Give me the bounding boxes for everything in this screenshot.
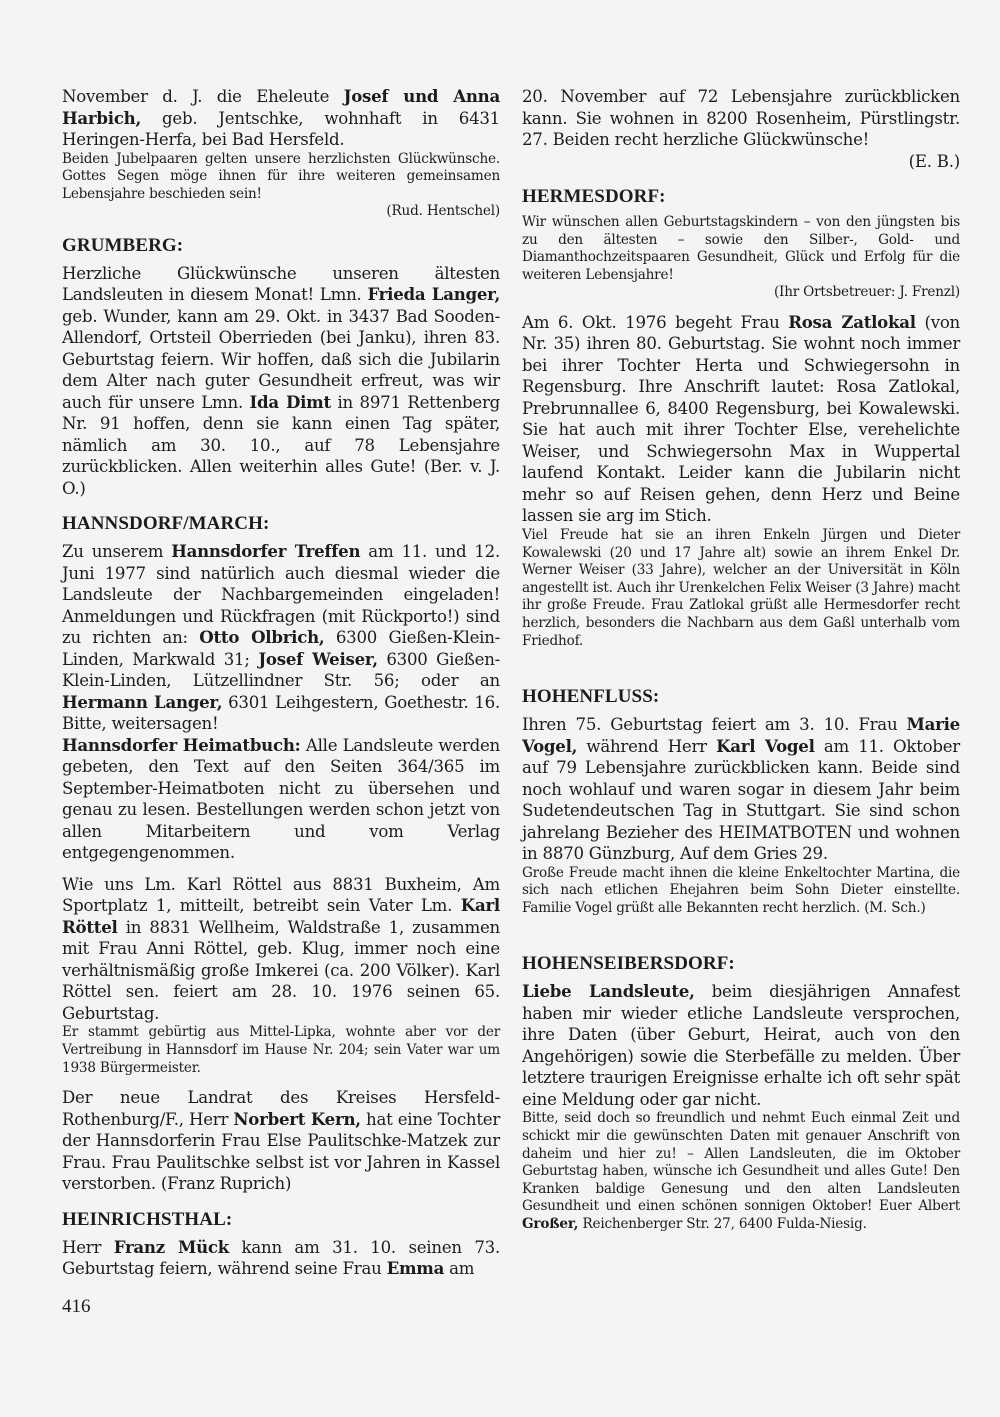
section-heading: HANNSDORF/MARCH:: [62, 513, 500, 535]
paragraph: Am 6. Okt. 1976 begeht Frau Rosa Zatloka…: [522, 312, 960, 527]
bold-name: Emma: [387, 1258, 445, 1278]
left-column: November d. J. die Eheleute Josef und An…: [62, 86, 500, 1280]
paragraph: Ihren 75. Geburtstag feiert am 3. 10. Fr…: [522, 714, 960, 865]
paragraph: Herr Franz Mück kann am 31. 10. seinen 7…: [62, 1237, 500, 1280]
section-heading: HOHENFLUSS:: [522, 686, 960, 708]
author-signature: (E. B.): [522, 151, 960, 173]
small-paragraph: Bitte, seid doch so freundlich und nehmt…: [522, 1110, 960, 1233]
paragraph: Liebe Landsleute, beim diesjährigen Anna…: [522, 981, 960, 1110]
spacer: [62, 864, 500, 874]
paragraph: Zu unserem Hannsdorfer Treffen am 11. un…: [62, 541, 500, 735]
text-run: während Herr: [577, 737, 716, 756]
bold-name: Norbert Kern,: [233, 1109, 360, 1129]
author-signature: (Rud. Hentschel): [62, 203, 500, 221]
small-paragraph: Wir wünschen allen Geburtstagskindern – …: [522, 214, 960, 284]
paragraph: Wie uns Lm. Karl Röttel aus 8831 Buxheim…: [62, 874, 500, 1025]
text-run: Am 6. Okt. 1976 begeht Frau: [522, 313, 788, 332]
section-heading: GRUMBERG:: [62, 235, 500, 257]
bold-name: Josef Weiser,: [258, 649, 377, 669]
paragraph: Herzliche Glückwünsche unseren ältesten …: [62, 263, 500, 500]
section-heading: HERMESDORF:: [522, 186, 960, 208]
text-run: Wir wünschen allen Geburtstagskindern – …: [522, 214, 960, 283]
text-run: Wie uns Lm. Karl Röttel aus 8831 Buxheim…: [62, 875, 500, 916]
bold-name: Otto Olbrich,: [199, 627, 324, 647]
bold-name: Rosa Zatlokal: [788, 312, 916, 332]
text-run: Er stammt gebürtig aus Mittel-Lipka, woh…: [62, 1024, 500, 1075]
bold-name: Ida Dimt: [250, 392, 331, 412]
text-run: Herr: [62, 1238, 114, 1257]
text-run: November d. J. die Eheleute: [62, 87, 344, 106]
newsletter-page: November d. J. die Eheleute Josef und An…: [0, 0, 1000, 1417]
text-run: Bitte, seid doch so freundlich und nehmt…: [522, 1110, 960, 1214]
paragraph: Hannsdorfer Heimatbuch: Alle Landsleute …: [62, 735, 500, 864]
text-run: in 8831 Wellheim, Waldstraße 1, zusammen…: [62, 918, 500, 1023]
bold-name: Hannsdorfer Heimatbuch:: [62, 735, 301, 755]
spacer: [522, 302, 960, 312]
spacer: [522, 917, 960, 939]
text-run: am: [444, 1259, 474, 1278]
spacer: [62, 1077, 500, 1087]
bold-name: Liebe Landsleute,: [522, 981, 695, 1001]
text-run: Große Freude macht ihnen die kleine Enke…: [522, 865, 960, 916]
author-signature: (Ihr Ortsbetreuer: J. Frenzl): [522, 284, 960, 302]
text-run: 20. November auf 72 Lebensjahre zurückbl…: [522, 87, 960, 149]
small-paragraph: Viel Freude hat sie an ihren Enkeln Jürg…: [522, 527, 960, 650]
bold-name: Franz Mück: [114, 1237, 229, 1257]
text-run: Viel Freude hat sie an ihren Enkeln Jürg…: [522, 527, 960, 649]
small-paragraph: Beiden Jubelpaaren gelten unsere herzlic…: [62, 151, 500, 204]
bold-name: Großer,: [522, 1216, 578, 1232]
text-run: Ihren 75. Geburtstag feiert am 3. 10. Fr…: [522, 715, 907, 734]
paragraph: November d. J. die Eheleute Josef und An…: [62, 86, 500, 151]
bold-name: Karl Vogel: [716, 736, 815, 756]
bold-name: Hermann Langer,: [62, 692, 222, 712]
right-column: 20. November auf 72 Lebensjahre zurückbl…: [522, 86, 960, 1234]
spacer: [522, 650, 960, 672]
small-paragraph: Große Freude macht ihnen die kleine Enke…: [522, 865, 960, 918]
text-run: (von Nr. 35) ihren 80. Geburtstag. Sie w…: [522, 313, 960, 526]
page-number: 416: [62, 1296, 91, 1318]
bold-name: Frieda Langer,: [367, 284, 500, 304]
text-run: Beiden Jubelpaaren gelten unsere herzlic…: [62, 151, 500, 202]
small-paragraph: Er stammt gebürtig aus Mittel-Lipka, woh…: [62, 1024, 500, 1077]
bold-name: Hannsdorfer Treffen: [171, 541, 360, 561]
paragraph: 20. November auf 72 Lebensjahre zurückbl…: [522, 86, 960, 151]
text-run: Reichenberger Str. 27, 6400 Fulda-Niesig…: [578, 1216, 866, 1232]
section-heading: HEINRICHSTHAL:: [62, 1209, 500, 1231]
section-heading: HOHENSEIBERSDORF:: [522, 953, 960, 975]
text-run: Zu unserem: [62, 542, 171, 561]
paragraph: Der neue Landrat des Kreises Hersfeld-Ro…: [62, 1087, 500, 1195]
